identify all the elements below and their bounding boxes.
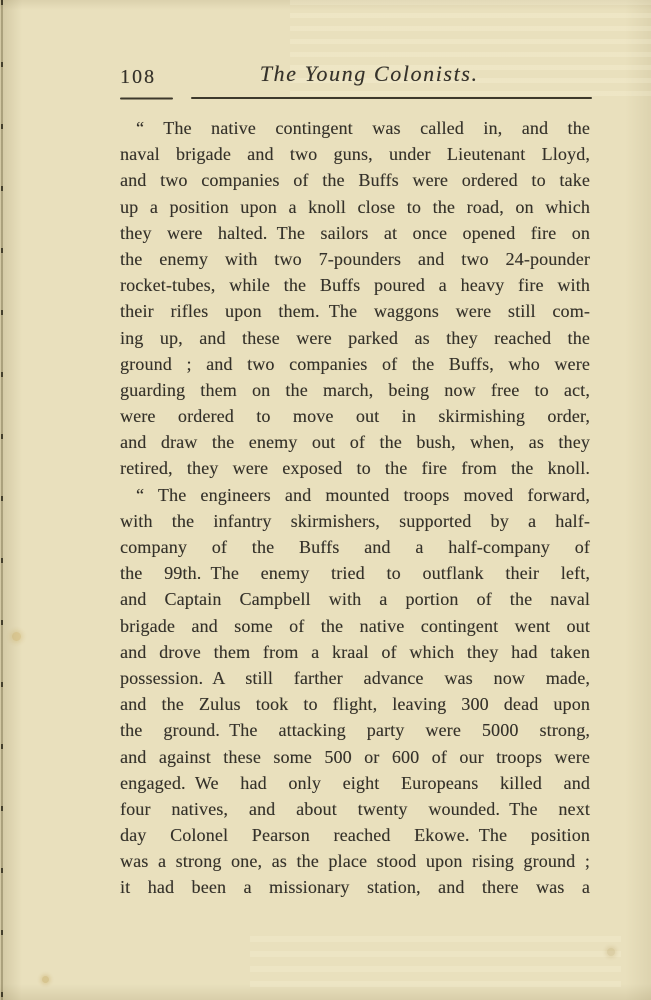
scan-edge-marks: [1, 0, 3, 1000]
text-line: they were halted. The sailors at once op…: [120, 220, 590, 246]
text-line: naval brigade and two guns, under Lieute…: [120, 141, 590, 167]
paper-stain: [12, 632, 21, 641]
text-line: and two companies of the Buffs were orde…: [120, 167, 590, 193]
text-line: and the Zulus took to flight, leaving 30…: [120, 691, 590, 717]
text-line: four natives, and about twenty wounded. …: [120, 796, 590, 822]
text-line: and draw the enemy out of the bush, when…: [120, 429, 590, 455]
body-text-block: “ The native contingent was called in, a…: [120, 115, 590, 901]
text-line: day Colonel Pearson reached Ekowe. The p…: [120, 822, 590, 848]
text-line: the ground. The attacking party were 500…: [120, 717, 590, 743]
text-line: the 99th. The enemy tried to outflank th…: [120, 560, 590, 586]
text-line: rocket-tubes, while the Buffs poured a h…: [120, 272, 590, 298]
text-line: retired, they were exposed to the fire f…: [120, 455, 590, 481]
paper-stain: [42, 976, 49, 983]
paper-stain: [607, 948, 615, 956]
text-line: engaged. We had only eight Europeans kil…: [120, 770, 590, 796]
text-line: it had been a missionary station, and th…: [120, 874, 590, 900]
text-line: ing up, and these were parked as they re…: [120, 325, 590, 351]
text-line: were ordered to move out in skirmishing …: [120, 403, 590, 429]
text-line: was a strong one, as the place stood upo…: [120, 848, 590, 874]
header-rule-segment: [120, 98, 173, 100]
running-title: The Young Colonists.: [260, 61, 479, 87]
text-line: company of the Buffs and a half-company …: [120, 534, 590, 560]
text-line: “ The engineers and mounted troops moved…: [120, 482, 590, 508]
text-line: “ The native contingent was called in, a…: [120, 115, 590, 141]
header-rule: [120, 97, 592, 99]
book-page-scan: 108 The Young Colonists. “ The native co…: [0, 0, 651, 1000]
text-line: possession. A still farther advance was …: [120, 665, 590, 691]
header-rule-segment: [191, 97, 592, 99]
text-line: and Captain Campbell with a portion of t…: [120, 586, 590, 612]
text-line: and against these some 500 or 600 of our…: [120, 744, 590, 770]
text-line: their rifles upon them. The waggons were…: [120, 298, 590, 324]
text-line: brigade and some of the native contingen…: [120, 613, 590, 639]
page-number: 108: [120, 66, 156, 89]
text-line: with the infantry skirmishers, supported…: [120, 508, 590, 534]
text-line: guarding them on the march, being now fr…: [120, 377, 590, 403]
text-line: ground ; and two companies of the Buffs,…: [120, 351, 590, 377]
text-line: up a position upon a knoll close to the …: [120, 194, 590, 220]
scan-streak-band: [250, 936, 621, 992]
text-line: and drove them from a kraal of which the…: [120, 639, 590, 665]
text-line: the enemy with two 7-pounders and two 24…: [120, 246, 590, 272]
page-header: 108 The Young Colonists.: [120, 58, 592, 92]
